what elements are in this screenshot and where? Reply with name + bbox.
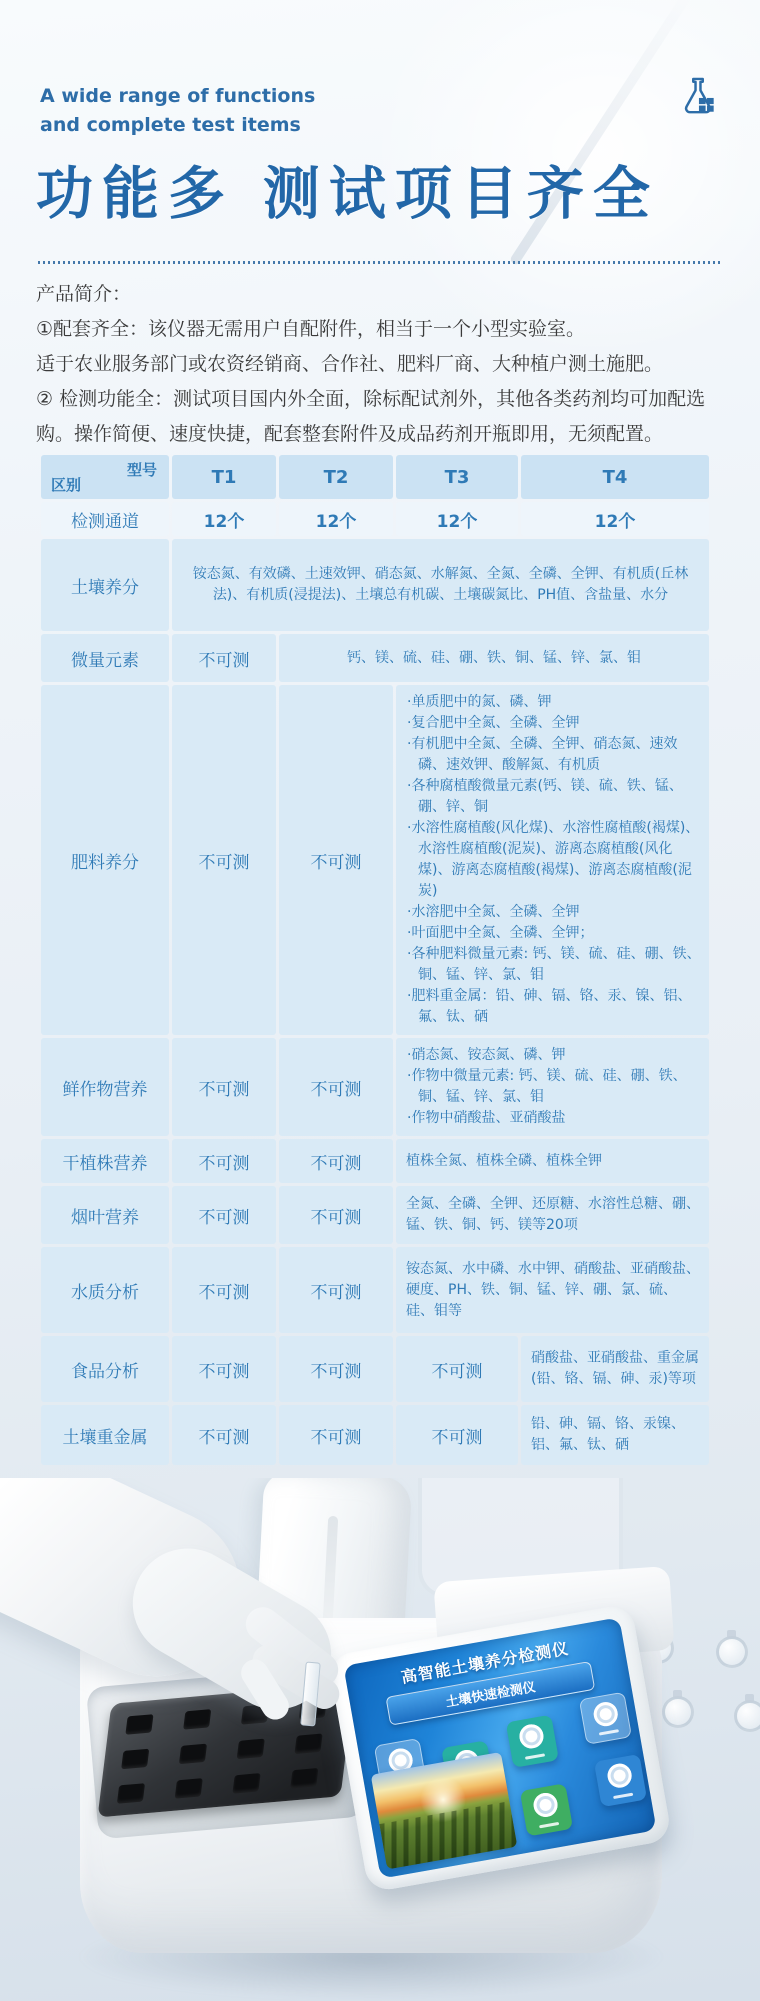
col-header-t3: T3 bbox=[396, 455, 518, 499]
app-label-bar bbox=[599, 1729, 619, 1735]
table-row: 微量元素 不可测 钙、镁、硫、硅、硼、铁、铜、锰、锌、氯、钼 bbox=[41, 634, 709, 682]
table-row: 鲜作物营养 不可测 不可测 ·硝态氮、铵态氮、磷、钾 ·作物中微量元素: 钙、镁… bbox=[41, 1038, 709, 1136]
screen-app-tile bbox=[594, 1754, 647, 1807]
not-testable-cell: 不可测 bbox=[279, 685, 393, 1035]
table-row: 烟叶营养 不可测 不可测 全氮、全磷、全钾、还原糖、水溶性总糖、硼、锰、铁、铜、… bbox=[41, 1186, 709, 1244]
english-subtitle: A wide range of functions and complete t… bbox=[40, 82, 315, 141]
screen-app-tile bbox=[579, 1692, 632, 1745]
content-cell: 钙、镁、硫、硅、硼、铁、铜、锰、锌、氯、钼 bbox=[279, 634, 709, 682]
table-header-row: 型号 区别 T1 T2 T3 T4 bbox=[41, 455, 709, 499]
glass-vial bbox=[734, 1700, 760, 1732]
sample-well bbox=[175, 1778, 203, 1799]
content-cell: 铵态氮、有效磷、土速效钾、硝态氮、水解氮、全氮、全磷、全钾、有机质(丘林法)、有… bbox=[172, 539, 709, 631]
intro-line: ①配套齐全：该仪器无需用户自配附件，相当于一个小型实验室。 bbox=[36, 312, 730, 347]
bullet-item: ·单质肥中的氮、磷、钾 bbox=[406, 692, 701, 713]
not-testable-cell: 不可测 bbox=[172, 1186, 276, 1244]
product-intro: 产品简介： ①配套齐全：该仪器无需用户自配附件，相当于一个小型实验室。 适于农业… bbox=[36, 277, 730, 452]
english-subtitle-line1: A wide range of functions bbox=[40, 82, 315, 111]
sample-well bbox=[232, 1773, 260, 1794]
not-testable-cell: 不可测 bbox=[172, 1247, 276, 1333]
intro-line: 适于农业服务部门或农资经销商、合作社、肥料厂商、大种植户测土施肥。 bbox=[36, 347, 730, 382]
app-label-bar bbox=[539, 1822, 559, 1828]
bullet-item: ·肥料重金属：铅、砷、镉、铬、汞、镍、铝、氟、钛、硒 bbox=[406, 986, 701, 1028]
app-label-bar bbox=[525, 1753, 545, 1759]
bullet-item: ·作物中微量元素: 钙、镁、硫、硅、硼、铁、铜、锰、锌、氯、钼 bbox=[406, 1066, 701, 1108]
glass-vial bbox=[662, 1696, 694, 1728]
bullet-item: ·水溶性腐植酸(风化煤)、水溶性腐植酸(褐煤)、水溶性腐植酸(泥炭)、游离态腐植… bbox=[406, 818, 701, 902]
bullet-item: ·作物中硝酸盐、亚硝酸盐 bbox=[406, 1108, 701, 1129]
app-icon bbox=[606, 1762, 634, 1790]
corner-model-label: 型号 bbox=[127, 459, 157, 480]
table-row: 检测通道 12个 12个 12个 12个 bbox=[41, 502, 709, 536]
sample-well bbox=[237, 1739, 265, 1760]
value-cell: 12个 bbox=[396, 502, 518, 536]
sample-well bbox=[125, 1714, 153, 1735]
not-testable-cell: 不可测 bbox=[172, 1038, 276, 1136]
product-detail-page: A wide range of functions and complete t… bbox=[0, 0, 760, 2001]
app-label-bar bbox=[613, 1793, 633, 1799]
bullet-item: ·硝态氮、铵态氮、磷、钾 bbox=[406, 1045, 701, 1066]
table-row: 肥料养分 不可测 不可测 ·单质肥中的氮、磷、钾 ·复合肥中全氮、全磷、全钾 ·… bbox=[41, 685, 709, 1035]
flask-icon bbox=[679, 77, 717, 117]
row-label-cell: 土壤养分 bbox=[41, 539, 169, 631]
glass-vial bbox=[716, 1636, 748, 1668]
col-header-t2: T2 bbox=[279, 455, 393, 499]
not-testable-cell: 不可测 bbox=[172, 685, 276, 1035]
sample-well bbox=[121, 1749, 149, 1770]
page-title: 功能多 测试项目齐全 bbox=[36, 148, 659, 230]
screen-app-tile bbox=[506, 1715, 559, 1768]
sample-well bbox=[117, 1783, 145, 1804]
spec-table: 型号 区别 T1 T2 T3 T4 检测通道 12个 12个 12个 12个 土… bbox=[38, 452, 712, 1468]
bullet-item: ·各种肥料微量元素: 钙、镁、硫、硅、硼、铁、铜、锰、锌、氯、钼 bbox=[406, 944, 701, 986]
not-testable-cell: 不可测 bbox=[172, 1405, 276, 1465]
english-subtitle-line2: and complete test items bbox=[40, 111, 315, 140]
not-testable-cell: 不可测 bbox=[279, 1139, 393, 1183]
not-testable-cell: 不可测 bbox=[172, 1139, 276, 1183]
row-label-cell: 干植株营养 bbox=[41, 1139, 169, 1183]
intro-line: ② 检测功能全：测试项目国内外全面，除标配试剂外，其他各类药剂均可加配选购。操作… bbox=[36, 382, 730, 452]
not-testable-cell: 不可测 bbox=[396, 1336, 518, 1402]
app-icon bbox=[518, 1722, 546, 1750]
row-label-cell: 食品分析 bbox=[41, 1336, 169, 1402]
corner-diff-label: 区别 bbox=[51, 474, 81, 495]
bullet-item: ·水溶肥中全氮、全磷、全钾 bbox=[406, 902, 701, 923]
not-testable-cell: 不可测 bbox=[279, 1186, 393, 1244]
not-testable-cell: 不可测 bbox=[279, 1247, 393, 1333]
content-cell: 硝酸盐、亚硝酸盐、重金属(铅、铬、镉、砷、汞)等项 bbox=[521, 1336, 709, 1402]
row-label-cell: 鲜作物营养 bbox=[41, 1038, 169, 1136]
col-header-t1: T1 bbox=[172, 455, 276, 499]
table-row: 水质分析 不可测 不可测 铵态氮、水中磷、水中钾、硝酸盐、亚硝酸盐、硬度、PH、… bbox=[41, 1247, 709, 1333]
screen-app-tile bbox=[520, 1783, 573, 1836]
table-row: 土壤重金属 不可测 不可测 不可测 铅、砷、镉、铬、汞镍、铝、氟、钛、硒 bbox=[41, 1405, 709, 1465]
table-row: 干植株营养 不可测 不可测 植株全氮、植株全磷、植株全钾 bbox=[41, 1139, 709, 1183]
row-label-cell: 水质分析 bbox=[41, 1247, 169, 1333]
value-cell: 12个 bbox=[172, 502, 276, 536]
sample-well bbox=[294, 1734, 322, 1755]
value-cell: 12个 bbox=[521, 502, 709, 536]
table-row: 食品分析 不可测 不可测 不可测 硝酸盐、亚硝酸盐、重金属(铅、铬、镉、砷、汞)… bbox=[41, 1336, 709, 1402]
sample-well bbox=[179, 1744, 207, 1765]
sample-well bbox=[183, 1709, 211, 1730]
app-icon bbox=[532, 1791, 560, 1819]
content-cell: 全氮、全磷、全钾、还原糖、水溶性总糖、硼、锰、铁、铜、钙、镁等20项 bbox=[396, 1186, 709, 1244]
row-label-cell: 烟叶营养 bbox=[41, 1186, 169, 1244]
row-label-cell: 肥料养分 bbox=[41, 685, 169, 1035]
content-cell: 铅、砷、镉、铬、汞镍、铝、氟、钛、硒 bbox=[521, 1405, 709, 1465]
not-testable-cell: 不可测 bbox=[279, 1038, 393, 1136]
not-testable-cell: 不可测 bbox=[279, 1405, 393, 1465]
bullet-item: ·叶面肥中全氮、全磷、全钾； bbox=[406, 923, 701, 944]
intro-heading: 产品简介： bbox=[36, 277, 730, 312]
not-testable-cell: 不可测 bbox=[279, 1336, 393, 1402]
row-label-cell: 微量元素 bbox=[41, 634, 169, 682]
corner-cell: 型号 区别 bbox=[41, 455, 169, 499]
dotted-divider bbox=[38, 261, 722, 264]
not-testable-cell: 不可测 bbox=[396, 1405, 518, 1465]
not-testable-cell: 不可测 bbox=[172, 1336, 276, 1402]
value-cell: 12个 bbox=[279, 502, 393, 536]
sample-well bbox=[290, 1768, 318, 1789]
not-testable-cell: 不可测 bbox=[172, 634, 276, 682]
content-cell: 植株全氮、植株全磷、植株全钾 bbox=[396, 1139, 709, 1183]
row-label-cell: 土壤重金属 bbox=[41, 1405, 169, 1465]
content-cell: ·硝态氮、铵态氮、磷、钾 ·作物中微量元素: 钙、镁、硫、硅、硼、铁、铜、锰、锌… bbox=[396, 1038, 709, 1136]
row-label-cell: 检测通道 bbox=[41, 502, 169, 536]
col-header-t4: T4 bbox=[521, 455, 709, 499]
content-cell: 铵态氮、水中磷、水中钾、硝酸盐、亚硝酸盐、硬度、PH、铁、铜、锰、锌、硼、氯、硫… bbox=[396, 1247, 709, 1333]
content-cell: ·单质肥中的氮、磷、钾 ·复合肥中全氮、全磷、全钾 ·有机肥中全氮、全磷、全钾、… bbox=[396, 685, 709, 1035]
bullet-item: ·复合肥中全氮、全磷、全钾 bbox=[406, 713, 701, 734]
app-icon bbox=[592, 1700, 620, 1728]
bullet-item: ·各种腐植酸微量元素(钙、镁、硫、铁、锰、硼、锌、铜 bbox=[406, 776, 701, 818]
table-row: 土壤养分 铵态氮、有效磷、土速效钾、硝态氮、水解氮、全氮、全磷、全钾、有机质(丘… bbox=[41, 539, 709, 631]
bullet-item: ·有机肥中全氮、全磷、全钾、硝态氮、速效磷、速效钾、酸解氮、有机质 bbox=[406, 734, 701, 776]
product-photo: 高智能土壤养分检测仪 土壤快速检测仪 bbox=[0, 1478, 760, 2001]
